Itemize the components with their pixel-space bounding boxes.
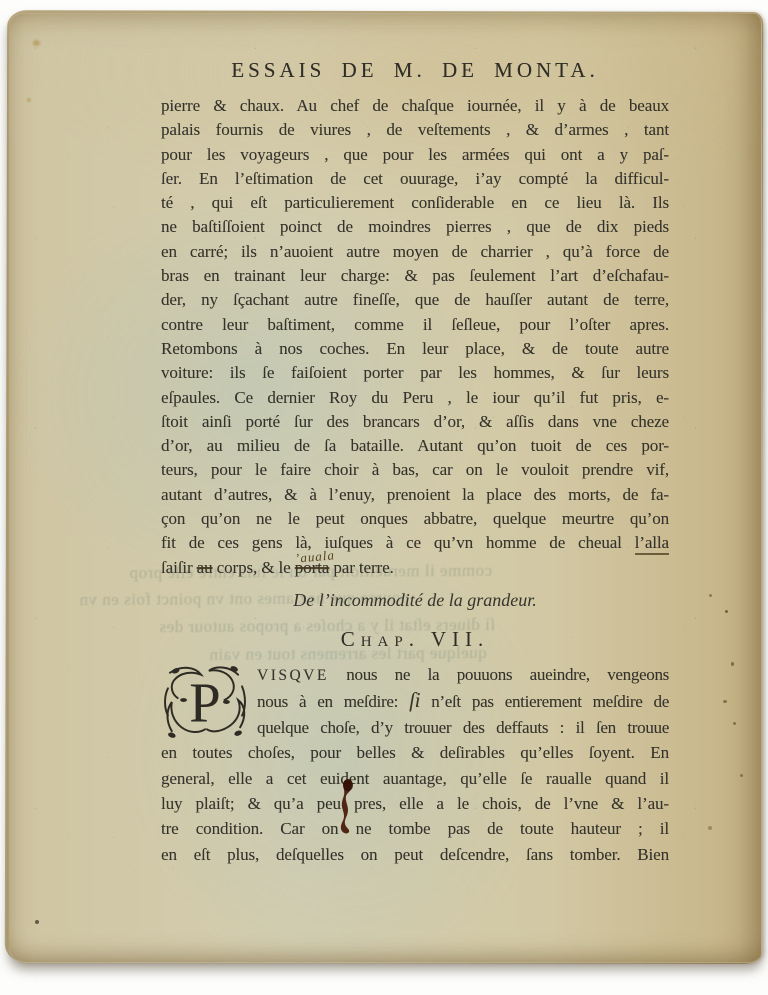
text-line: té , qui eſt particulierement conſiderab… (161, 191, 669, 215)
page-speck (740, 774, 743, 777)
text-line: autant d’autres, & à l’enuy, prenoient l… (161, 483, 669, 507)
foxing-spot (27, 98, 31, 102)
ink-struck-word: porta’auala (295, 558, 329, 577)
paragraph-des-coches: pierre & chaux. Au chef de chaſque iourn… (161, 94, 669, 580)
text-run: nous à en meſdire: (257, 692, 409, 711)
text-line: ſer. En l’eſtimation de cet ouurage, i’a… (161, 167, 669, 191)
drop-cap-letter: P (189, 672, 220, 734)
handwritten-correction: ’auala (294, 543, 336, 571)
text-line: palais fournis de viures , de veſtements… (161, 118, 669, 142)
page-speck (709, 594, 712, 597)
text-line: luy plaiſt; & qu’a peu pres, elle a le c… (161, 791, 669, 816)
ornate-initial-P: P (161, 663, 249, 741)
page-speck (723, 700, 727, 703)
page-speck (708, 826, 712, 830)
ink-blot (337, 778, 357, 841)
text-line: fit de ces gens là, iuſques à ce qu’vn h… (161, 531, 669, 555)
running-header: ESSAIS DE M. DE MONTA. (161, 58, 669, 82)
book-page: comme il merueilloit par ou ie ſuis entr… (8, 13, 762, 963)
page-speck (725, 610, 728, 613)
text-line: voiture: ils ſe faiſoient porter par les… (161, 361, 669, 385)
page-speck (731, 662, 734, 666)
foxing-spot (33, 40, 40, 46)
scanned-book-page: comme il merueilloit par ou ie ſuis entr… (0, 0, 768, 995)
text-line: en carré; ils n’auoient autre moyen de c… (161, 240, 669, 264)
text-line: eſpaules. Ce dernier Roy du Peru , le io… (161, 386, 669, 410)
ink-struck-word: au (197, 558, 213, 577)
text-line: çon qu’on ne le peut onques abbatre, que… (161, 507, 669, 531)
page-speck (35, 920, 39, 924)
text-run: par terre. (329, 558, 394, 577)
chapter-number: Chap. VII. (161, 626, 669, 652)
opening-word-caps: VISQVE (257, 667, 329, 684)
text-run: fit de ces gens là, iuſques à ce qu’vn h… (161, 533, 635, 552)
text-line: ſaiſir au corps, & le porta’auala par te… (161, 556, 669, 580)
text-line: der, ny ſçachant autre fineſſe, que de h… (161, 288, 669, 312)
text-line: teurs, pour le faire choir à bas, car on… (161, 458, 669, 482)
text-line: tre condition. Car on ne tombe pas de to… (161, 816, 669, 841)
text-run: n’eſt pas entierement meſdire de (420, 692, 669, 711)
text-line: en eſt plus, deſquelles on peut deſcendr… (161, 842, 669, 867)
text-line: ne baſtiſſoient poinct de moindres pierr… (161, 215, 669, 239)
paragraph-chapter-vii: P VISQVE nous ne la pouuons aueindre, ve… (161, 662, 669, 867)
text-run: nous ne la pouuons aueindre, vengeons (329, 665, 669, 684)
text-line: en toutes choſes, pour belles & deſirabl… (161, 740, 669, 765)
text-line: ſtoit ainſi porté ſur des brancars d’or,… (161, 410, 669, 434)
text-run: ſaiſir (161, 558, 197, 577)
handwritten-insertion: ſi (409, 688, 420, 712)
ink-underlined-word: l’alla (635, 533, 669, 555)
text-line: d’or, au milieu de ſa bataille. Autant q… (161, 434, 669, 458)
text-line: bras en trainant leur charge: & pas ſeul… (161, 264, 669, 288)
text-line: general, elle a cet euident auantage, qu… (161, 766, 669, 791)
chapter-title: De l’incommodité de la grandeur. (161, 588, 669, 612)
text-block: ESSAIS DE M. DE MONTA. pierre & chaux. A… (161, 58, 669, 867)
page-speck (733, 722, 736, 725)
text-run: corps, & le (213, 558, 295, 577)
text-line: pour les voyageurs , que pour les armées… (161, 143, 669, 167)
text-line: Retombons à nos coches. En leur place, &… (161, 337, 669, 361)
text-line: pierre & chaux. Au chef de chaſque iourn… (161, 94, 669, 118)
text-line: contre leur baſtiment, comme il ſeſleue,… (161, 313, 669, 337)
